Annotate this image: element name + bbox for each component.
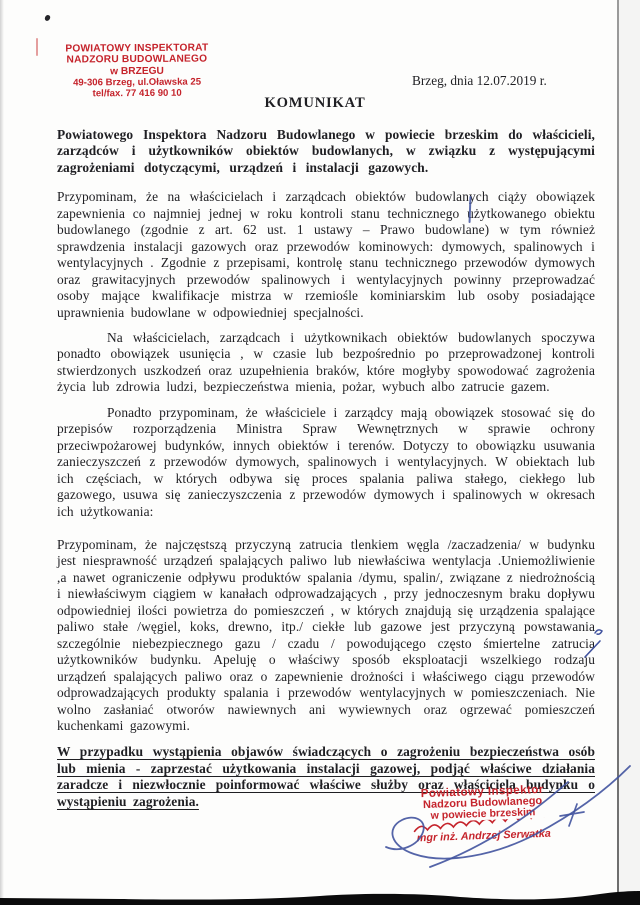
paragraph-repairs: Na właścicielach, zarządcach i użytkowni… xyxy=(57,330,595,396)
pen-mark-margin xyxy=(580,626,614,666)
stamp-line: 49-306 Brzeg, ul.Oławska 25 xyxy=(48,76,226,89)
document-date: Brzeg, dnia 12.07.2019 r. xyxy=(412,73,547,89)
document-title: KOMUNIKAT xyxy=(55,95,575,112)
stamp-line: NADZORU BUDOWLANEGO xyxy=(48,54,226,67)
scan-left-edge xyxy=(0,0,4,905)
document-body: Powiatowego Inspektora Nadzoru Budowlane… xyxy=(57,127,595,810)
paragraph-carbon-monoxide: Przypominam, że najczęstszą przyczyną za… xyxy=(57,537,595,734)
red-fleck-mark xyxy=(36,38,38,56)
ink-speck xyxy=(44,14,51,21)
intro-paragraph: Powiatowego Inspektora Nadzoru Budowlane… xyxy=(57,127,595,176)
paragraph-obligations: Przypominam, że na właścicielach i zarzą… xyxy=(57,189,595,321)
scanned-document-page: POWIATOWY INSPEKTORAT NADZORU BUDOWLANEG… xyxy=(0,0,640,905)
office-header-stamp: POWIATOWY INSPEKTORAT NADZORU BUDOWLANEG… xyxy=(48,42,226,100)
handwritten-signature xyxy=(330,752,640,902)
paragraph-regulations: Ponadto przypominam, że właściciele i za… xyxy=(57,405,595,520)
